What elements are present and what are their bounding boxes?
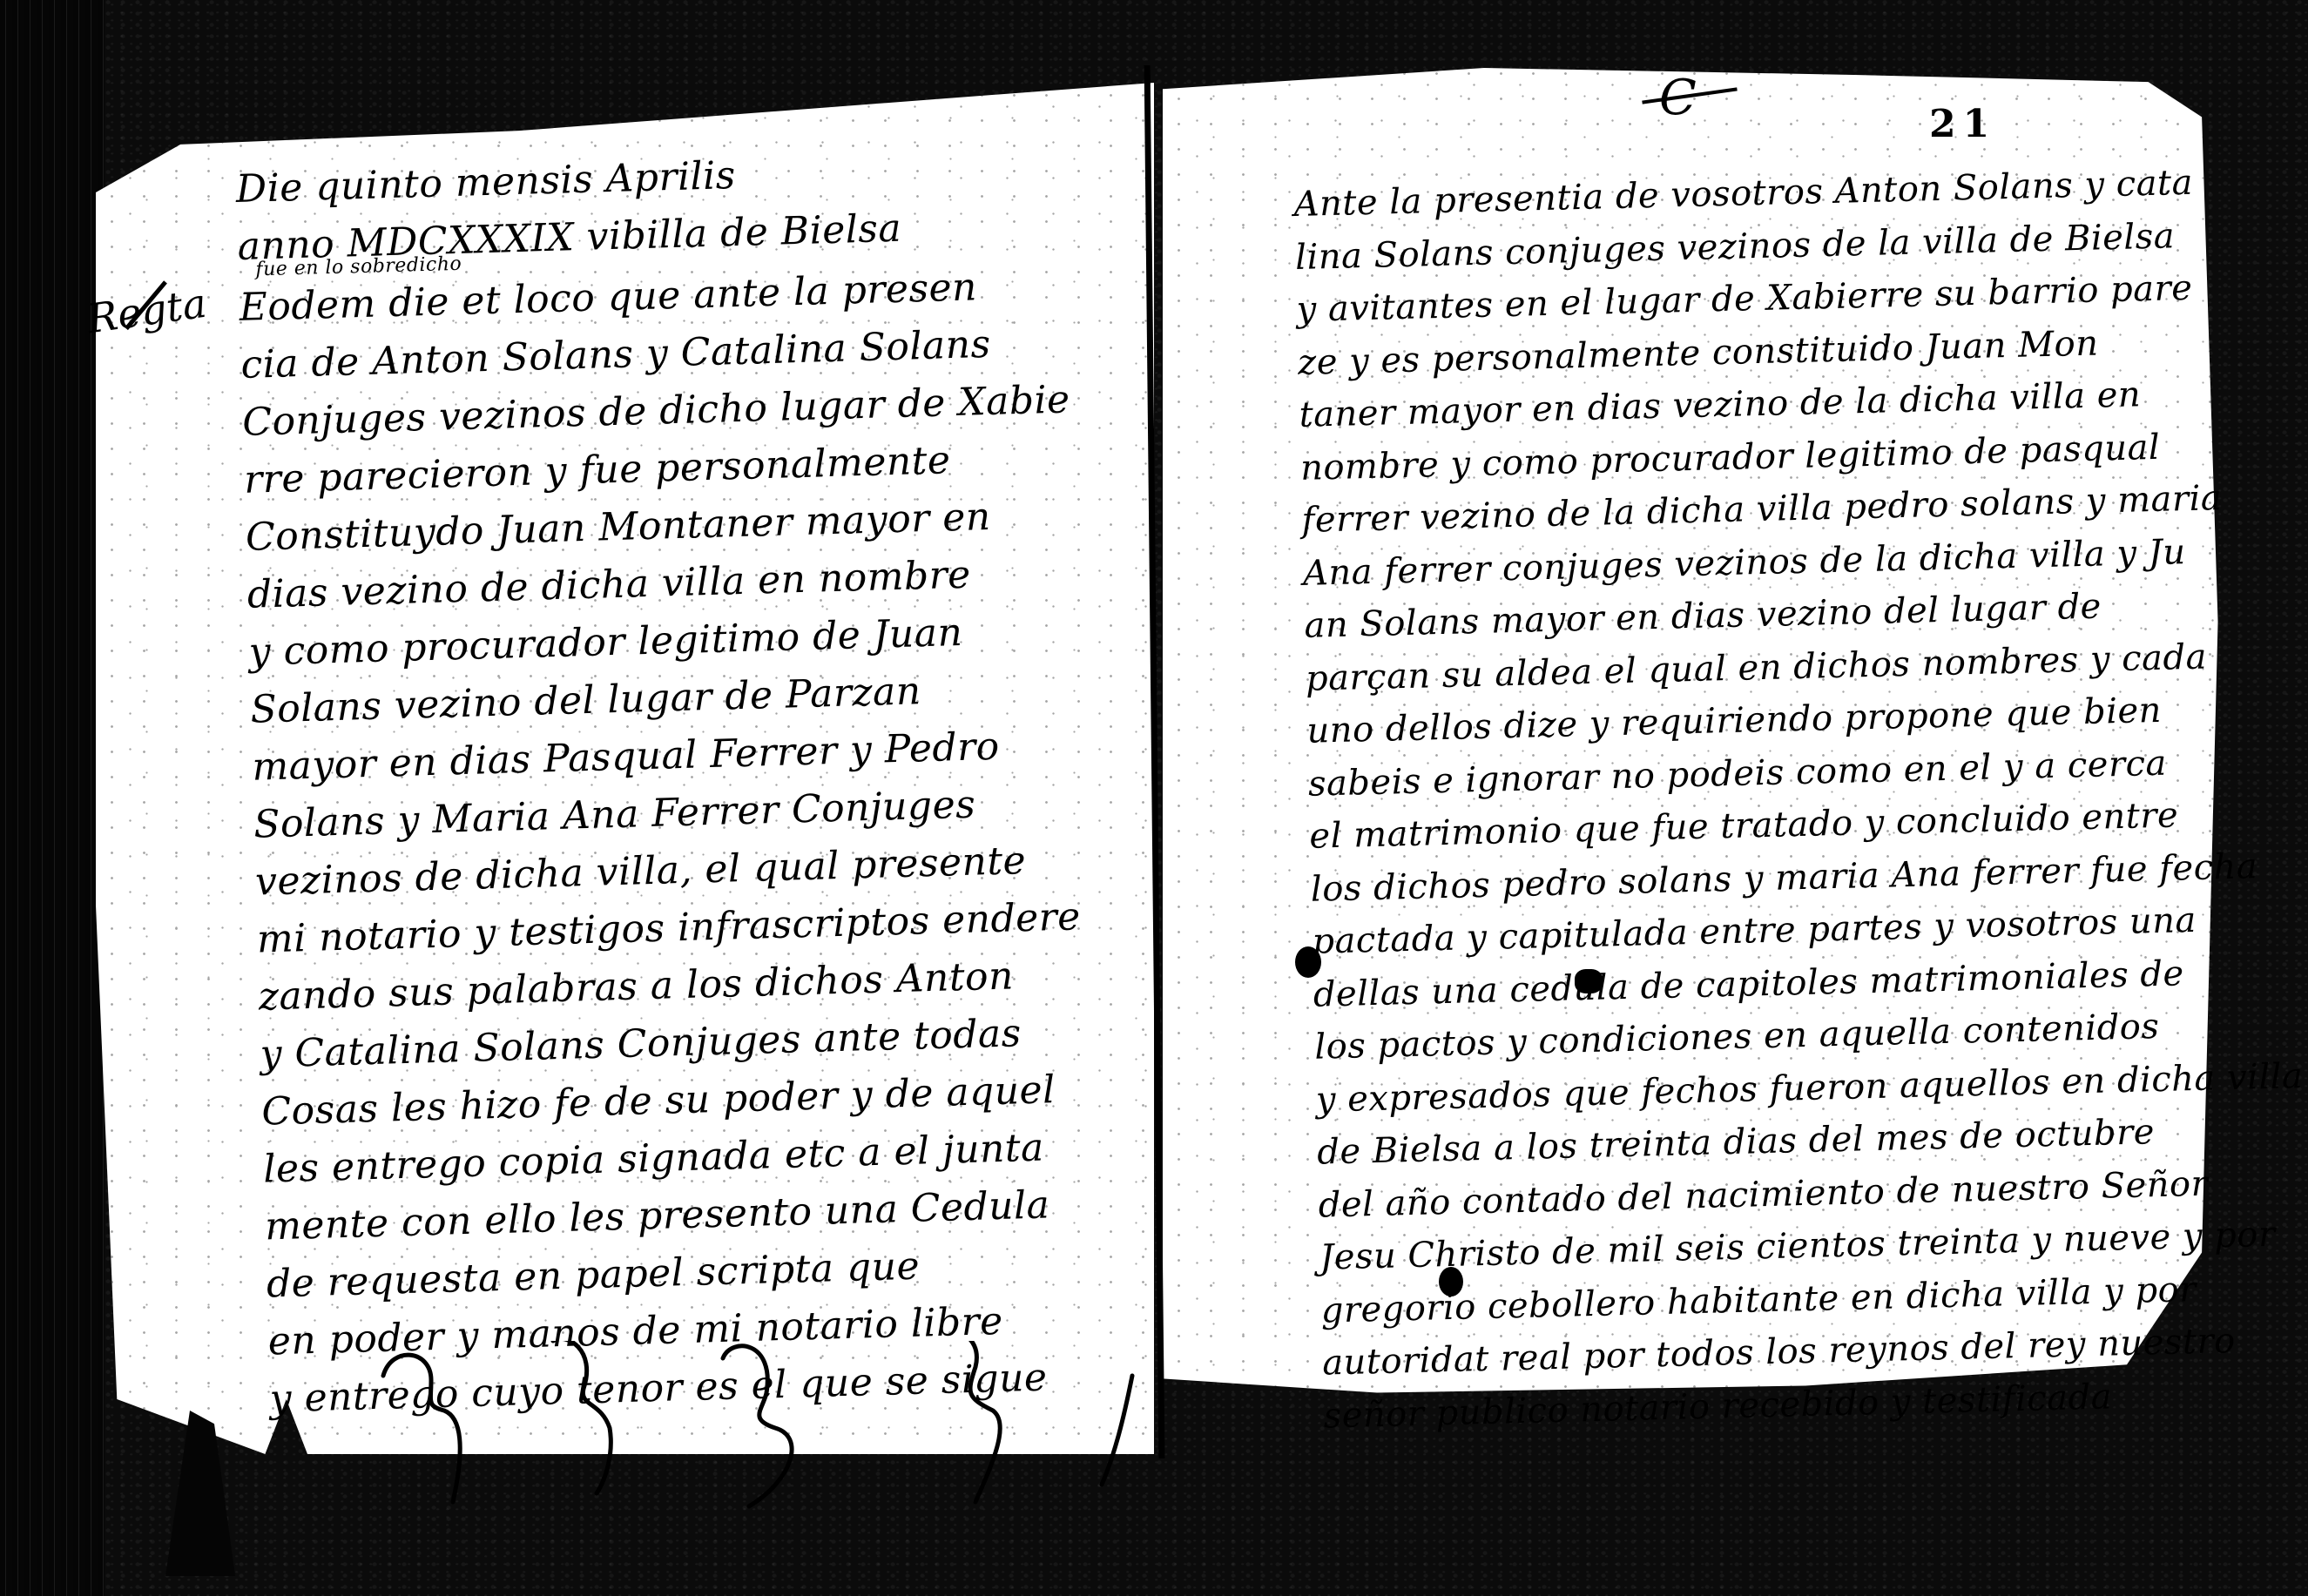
ink-blot <box>1575 969 1603 993</box>
closing-flourishes-icon <box>366 1341 1150 1515</box>
manuscript-scan: Regta Die quinto mensis Aprilis anno MDC… <box>0 0 2308 1596</box>
ink-blot <box>1295 946 1321 978</box>
ink-blot <box>1439 1267 1463 1296</box>
book-spine-shadow <box>0 0 105 1596</box>
folio-number: 21 <box>1929 102 1996 146</box>
left-page-text: Die quinto mensis Aprilis anno MDCXXXIX … <box>235 136 1184 1429</box>
right-page-text: Ante la presentia de vosotros Anton Sola… <box>1293 155 2282 1442</box>
